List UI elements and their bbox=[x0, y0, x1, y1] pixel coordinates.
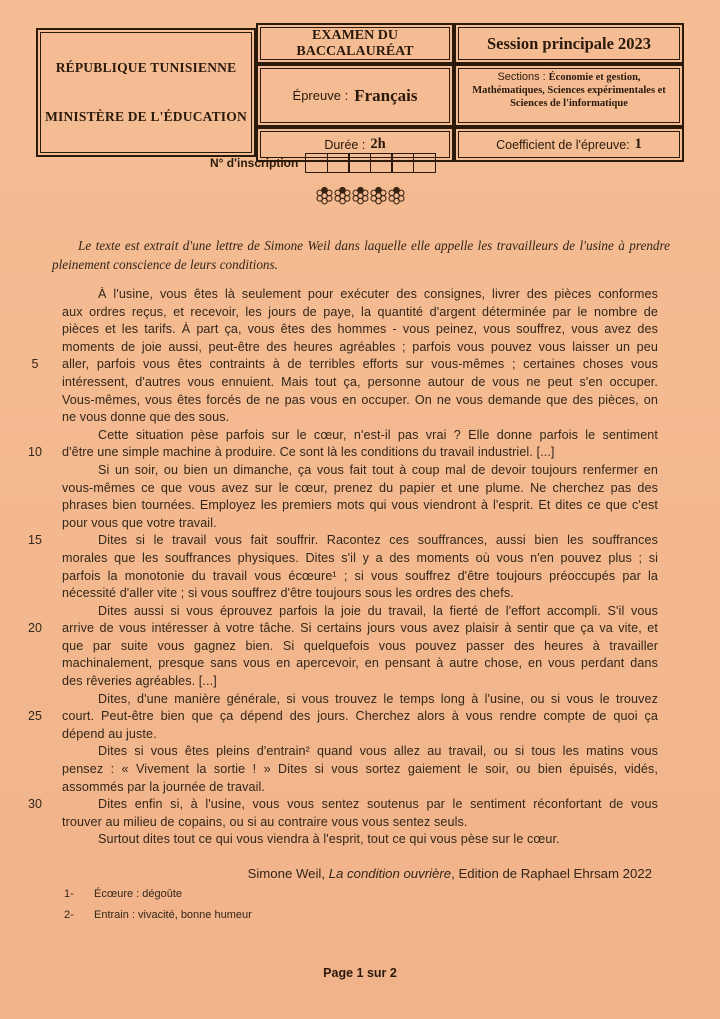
text-line-content: court. Peut-être bien que ça dépend des … bbox=[62, 709, 658, 723]
text-line-content: Si un soir, ou bien un dimanche, ça vous… bbox=[62, 463, 658, 477]
text-line: aux ordres reçus, et recevoir, les jours… bbox=[22, 305, 658, 323]
footnote-text: Écœure : dégoûte bbox=[94, 888, 182, 900]
text-line-content: morales que les souffrances physiques. D… bbox=[62, 551, 658, 565]
text-line: 25court. Peut-être bien que ça dépend de… bbox=[22, 709, 658, 727]
text-line-content: parfois la monotonie du travail vous écœ… bbox=[62, 569, 658, 583]
sections-box: Sections : Économie et gestion, Mathémat… bbox=[458, 68, 680, 123]
line-number: 20 bbox=[22, 621, 48, 635]
text-line-content: Dites si vous êtes pleins d'entrain² qua… bbox=[62, 744, 658, 758]
text-line: pièces et les tarifs. À part ça, vous êt… bbox=[22, 322, 658, 340]
text-line-content: phrases bien tournées. Employez les prem… bbox=[62, 498, 658, 512]
text-line-content: assommés par la journée de travail. bbox=[62, 780, 658, 794]
flower-icon bbox=[370, 185, 387, 210]
text-line: des rêveries agréables. [...] bbox=[22, 674, 658, 692]
text-line-content: Cette situation pèse parfois sur le cœur… bbox=[62, 428, 658, 442]
text-line: Cette situation pèse parfois sur le cœur… bbox=[22, 428, 658, 446]
text-line: nécessité d'aller vite ; si vous souffre… bbox=[22, 586, 658, 604]
text-line: parfois la monotonie du travail vous écœ… bbox=[22, 569, 658, 587]
footnote-number: 2- bbox=[64, 909, 94, 921]
flower-icon bbox=[388, 185, 405, 210]
text-line: trouver au milieu de copains, ou si au c… bbox=[22, 815, 658, 833]
inscription-cell bbox=[348, 153, 371, 173]
subject-value: Français bbox=[354, 86, 417, 106]
flower-icon bbox=[316, 185, 333, 210]
page-number: Page 1 sur 2 bbox=[0, 966, 720, 980]
text-line-content: ne vous donne que des sous. bbox=[62, 410, 658, 424]
text-line-content: moments de joie aussi, peut-être des heu… bbox=[62, 340, 658, 354]
text-line: morales que les souffrances physiques. D… bbox=[22, 551, 658, 569]
intro-note: Le texte est extrait d'une lettre de Sim… bbox=[52, 236, 670, 274]
text-line: intéressent, d'autres vous ennuient. Mai… bbox=[22, 375, 658, 393]
text-line-content: machinalement, presque sans vous en aper… bbox=[62, 656, 658, 670]
text-line-content: pour vous que votre travail. bbox=[62, 516, 658, 530]
text-line-content: intéressent, d'autres vous ennuient. Mai… bbox=[62, 375, 658, 389]
text-line: 5aller, parfois vous êtes contraints à d… bbox=[22, 357, 658, 375]
text-line: Si un soir, ou bien un dimanche, ça vous… bbox=[22, 463, 658, 481]
text-line: vous-mêmes ce que vous avez sur le cœur,… bbox=[22, 481, 658, 499]
duration-value: 2h bbox=[370, 136, 385, 153]
coefficient-label: Coefficient de l'épreuve: bbox=[496, 138, 630, 152]
text-line: À l'usine, vous êtes là seulement pour e… bbox=[22, 287, 658, 305]
text-line-content: aux ordres reçus, et recevoir, les jours… bbox=[62, 305, 658, 319]
text-line: phrases bien tournées. Employez les prem… bbox=[22, 498, 658, 516]
subject-label: Épreuve : bbox=[293, 88, 349, 103]
line-number: 25 bbox=[22, 709, 48, 723]
subject-box: Épreuve : Français bbox=[260, 68, 450, 123]
attribution-author: Simone Weil, bbox=[248, 866, 329, 881]
footnote: 1-Écœure : dégoûte bbox=[64, 888, 252, 900]
text-line: Vous-mêmes, vous êtes forcés de ne pas v… bbox=[22, 393, 658, 411]
line-number: 15 bbox=[22, 533, 48, 547]
text-line: que par suite vous gagnez bien. Si quelq… bbox=[22, 639, 658, 657]
ministry-label: MINISTÈRE DE L'ÉDUCATION bbox=[45, 109, 247, 125]
text-line: 10d'être une simple machine à produire. … bbox=[22, 445, 658, 463]
text-line: pensez : « Vivement la sortie ! » Dites … bbox=[22, 762, 658, 780]
text-line-content: d'être une simple machine à produire. Ce… bbox=[62, 445, 658, 459]
text-line: 30Dites enfin si, à l'usine, vous vous s… bbox=[22, 797, 658, 815]
text-line-content: Dites enfin si, à l'usine, vous vous sen… bbox=[62, 797, 658, 811]
exam-title-box: EXAMEN DU BACCALAURÉAT bbox=[260, 27, 450, 60]
text-line-content: À l'usine, vous êtes là seulement pour e… bbox=[62, 287, 658, 301]
inscription-cell bbox=[413, 153, 436, 173]
inscription-cells bbox=[306, 153, 436, 173]
duration-label: Durée : bbox=[324, 138, 365, 152]
footnotes: 1-Écœure : dégoûte2-Entrain : vivacité, … bbox=[64, 888, 252, 930]
sections-label: Sections : bbox=[497, 71, 545, 83]
exam-header: RÉPUBLIQUE TUNISIENNE MINISTÈRE DE L'ÉDU… bbox=[40, 27, 680, 158]
text-line-content: Surtout dites tout ce qui vous viendra à… bbox=[62, 832, 658, 846]
flower-icon bbox=[352, 185, 369, 210]
flower-icon bbox=[334, 185, 351, 210]
text-line: moments de joie aussi, peut-être des heu… bbox=[22, 340, 658, 358]
session-label: Session principale 2023 bbox=[487, 34, 651, 54]
text-line: dépend au juste. bbox=[22, 727, 658, 745]
line-number: 5 bbox=[22, 357, 48, 371]
flower-decoration bbox=[0, 185, 720, 210]
text-line: 15Dites si le travail vous fait souffrir… bbox=[22, 533, 658, 551]
text-line-content: Dites, d'une manière générale, si vous t… bbox=[62, 692, 658, 706]
text-line-content: vous-mêmes ce que vous avez sur le cœur,… bbox=[62, 481, 658, 495]
text-line-content: pièces et les tarifs. À part ça, vous êt… bbox=[62, 322, 658, 336]
text-line-content: Vous-mêmes, vous êtes forcés de ne pas v… bbox=[62, 393, 658, 407]
inscription-cell bbox=[327, 153, 350, 173]
institution-box: RÉPUBLIQUE TUNISIENNE MINISTÈRE DE L'ÉDU… bbox=[40, 32, 252, 153]
footnote-text: Entrain : vivacité, bonne humeur bbox=[94, 909, 252, 921]
text-line-content: des rêveries agréables. [...] bbox=[62, 674, 658, 688]
line-number: 10 bbox=[22, 445, 48, 459]
text-line-content: nécessité d'aller vite ; si vous souffre… bbox=[62, 586, 658, 600]
inscription-cell bbox=[370, 153, 393, 173]
text-line-content: arrive de vous intéresser à votre tâche.… bbox=[62, 621, 658, 635]
inscription-cell bbox=[391, 153, 414, 173]
text-line-content: dépend au juste. bbox=[62, 727, 658, 741]
text-line: 20arrive de vous intéresser à votre tâch… bbox=[22, 621, 658, 639]
text-line: Dites si vous êtes pleins d'entrain² qua… bbox=[22, 744, 658, 762]
attribution-title: La condition ouvrière bbox=[329, 866, 451, 881]
attribution-edition: , Edition de Raphael Ehrsam 2022 bbox=[451, 866, 652, 881]
inscription-row: N° d'inscription bbox=[0, 153, 720, 173]
text-line: pour vous que votre travail. bbox=[22, 516, 658, 534]
text-line: Surtout dites tout ce qui vous viendra à… bbox=[22, 832, 658, 850]
attribution: Simone Weil, La condition ouvrière, Edit… bbox=[248, 866, 652, 881]
text-body: À l'usine, vous êtes là seulement pour e… bbox=[22, 287, 658, 850]
republic-label: RÉPUBLIQUE TUNISIENNE bbox=[56, 60, 237, 76]
text-line-content: trouver au milieu de copains, ou si au c… bbox=[62, 815, 658, 829]
text-line-content: que par suite vous gagnez bien. Si quelq… bbox=[62, 639, 658, 653]
text-line-content: pensez : « Vivement la sortie ! » Dites … bbox=[62, 762, 658, 776]
line-number: 30 bbox=[22, 797, 48, 811]
text-line: assommés par la journée de travail. bbox=[22, 780, 658, 798]
text-line: Dites, d'une manière générale, si vous t… bbox=[22, 692, 658, 710]
inscription-cell bbox=[305, 153, 328, 173]
text-line: Dites aussi si vous éprouvez parfois la … bbox=[22, 604, 658, 622]
text-line-content: aller, parfois vous êtes contraints à de… bbox=[62, 357, 658, 371]
footnote: 2-Entrain : vivacité, bonne humeur bbox=[64, 909, 252, 921]
text-line-content: Dites si le travail vous fait souffrir. … bbox=[62, 533, 658, 547]
exam-title: EXAMEN DU BACCALAURÉAT bbox=[261, 28, 449, 60]
inscription-label: N° d'inscription bbox=[210, 156, 298, 170]
text-line: machinalement, presque sans vous en aper… bbox=[22, 656, 658, 674]
session-box: Session principale 2023 bbox=[458, 27, 680, 60]
footnote-number: 1- bbox=[64, 888, 94, 900]
text-line-content: Dites aussi si vous éprouvez parfois la … bbox=[62, 604, 658, 618]
coefficient-value: 1 bbox=[635, 136, 642, 153]
text-line: ne vous donne que des sous. bbox=[22, 410, 658, 428]
